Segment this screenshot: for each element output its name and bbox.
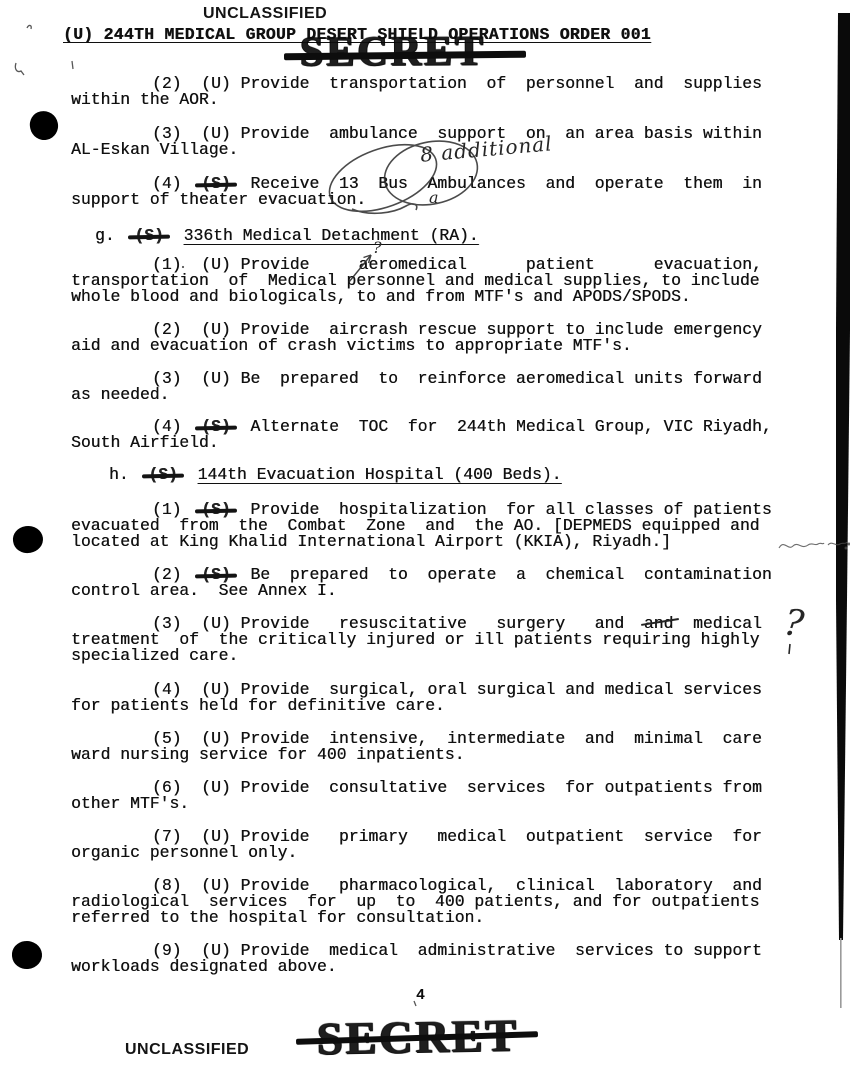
para-g2-aircrash-rescue: (2) (U) Provide aircrash rescue support … bbox=[71, 322, 771, 354]
typed-text: AL-Eskan Village. bbox=[71, 140, 238, 159]
heading-h-144th-evacuation-hospital: h. (S) 144th Evacuation Hospital (400 Be… bbox=[71, 467, 771, 483]
typed-text: Alternate TOC for 244th Medical Group, V… bbox=[231, 417, 772, 436]
typed-text: (6) (U) Provide consultative services fo… bbox=[152, 778, 762, 797]
page-number: 4 bbox=[416, 987, 425, 1004]
text-line: within the AOR. bbox=[71, 92, 771, 108]
margin-question-mark: ? bbox=[782, 602, 807, 645]
text-line: whole blood and biologicals, to and from… bbox=[71, 289, 771, 305]
typed-text: (3) (U) Be prepared to reinforce aeromed… bbox=[152, 369, 762, 388]
para-2-transport: (2) (U) Provide transportation of person… bbox=[71, 76, 771, 108]
top-classification-label: UNCLASSIFIED bbox=[203, 5, 327, 23]
struck-classification-marker: (S) bbox=[201, 565, 231, 584]
para-h6-consultative: (6) (U) Provide consultative services fo… bbox=[71, 780, 771, 812]
bottom-classification-label: UNCLASSIFIED bbox=[125, 1041, 249, 1059]
para-h1-hospitalization: (1) (S) Provide hospitalization for all … bbox=[71, 502, 771, 551]
struck-classification-marker: (S) bbox=[148, 465, 178, 484]
text-line: support of theater evacuation. bbox=[71, 192, 771, 208]
margin-question-mark-tick bbox=[789, 644, 790, 654]
typed-text: South Airfield. bbox=[71, 433, 219, 452]
typed-text: specialized care. bbox=[71, 646, 238, 665]
scan-edge-black-bar bbox=[836, 13, 850, 1008]
para-h7-primary-outpatient: (7) (U) Provide primary medical outpatie… bbox=[71, 829, 771, 861]
para-h4-surgical-services: (4) (U) Provide surgical, oral surgical … bbox=[71, 682, 771, 714]
para-h8-pharmacological: (8) (U) Provide pharmacological, clinica… bbox=[71, 878, 771, 927]
text-line: aid and evacuation of crash victims to a… bbox=[71, 338, 771, 354]
typed-text: (2) (U) Provide transportation of person… bbox=[152, 74, 762, 93]
text-line: control area. See Annex I. bbox=[71, 583, 771, 599]
text-line: for patients held for definitive care. bbox=[71, 698, 771, 714]
para-h9-administrative: (9) (U) Provide medical administrative s… bbox=[71, 943, 771, 975]
struck-classification-marker: (S) bbox=[201, 174, 231, 193]
para-4-bus-ambulances: (4) (S) Receive 13 Bus Ambulances and op… bbox=[71, 176, 771, 208]
para-g1-aeromedical-evacuation: (1) (U) Provide aeromedical patient evac… bbox=[71, 257, 771, 306]
hole-punch-dot bbox=[11, 524, 44, 555]
underlined-heading-text: 336th Medical Detachment (RA). bbox=[184, 226, 479, 245]
illegible-cursive-note bbox=[779, 542, 850, 549]
typed-text: whole blood and biologicals, to and from… bbox=[71, 287, 691, 306]
para-h2-chemical-contamination: (2) (S) Be prepared to operate a chemica… bbox=[71, 567, 771, 599]
scanned-document-page: UNCLASSIFIED (U) 244TH MEDICAL GROUP DES… bbox=[0, 0, 850, 1079]
para-g4-alternate-toc: (4) (S) Alternate TOC for 244th Medical … bbox=[71, 419, 771, 451]
para-h3-resuscitative-surgery: (3) (U) Provide resuscitative surgery an… bbox=[71, 616, 771, 665]
text-line: as needed. bbox=[71, 387, 771, 403]
text-line: organic personnel only. bbox=[71, 845, 771, 861]
typed-text: ward nursing service for 400 inpatients. bbox=[71, 745, 464, 764]
underlined-heading-text: 144th Evacuation Hospital (400 Beds). bbox=[198, 465, 562, 484]
typed-text: within the AOR. bbox=[71, 90, 219, 109]
typed-text: organic personnel only. bbox=[71, 843, 297, 862]
typed-text: referred to the hospital for consultatio… bbox=[71, 908, 484, 927]
handwritten-letter-a: a bbox=[429, 188, 439, 207]
text-line: located at King Khalid International Air… bbox=[71, 534, 771, 550]
handwritten-struck-word: and bbox=[644, 614, 674, 633]
text-line: specialized care. bbox=[71, 648, 771, 664]
typed-text: control area. See Annex I. bbox=[71, 581, 337, 600]
typed-text: support of theater evacuation. bbox=[71, 190, 366, 209]
para-g3-reinforce: (3) (U) Be prepared to reinforce aeromed… bbox=[71, 371, 771, 403]
typed-text: as needed. bbox=[71, 385, 169, 404]
text-line: ward nursing service for 400 inpatients. bbox=[71, 747, 771, 763]
typed-text: workloads designated above. bbox=[71, 957, 337, 976]
text-line: other MTF's. bbox=[71, 796, 771, 812]
typed-text: aid and evacuation of crash victims to a… bbox=[71, 336, 632, 355]
typed-text: other MTF's. bbox=[71, 794, 189, 813]
text-line: workloads designated above. bbox=[71, 959, 771, 975]
heading-g-336th-medical-detachment: g. (S) 336th Medical Detachment (RA). bbox=[71, 228, 771, 244]
hole-punch-dot bbox=[27, 108, 60, 142]
struck-classification-marker: (S) bbox=[134, 226, 164, 245]
stamp-strikethrough-top bbox=[284, 51, 526, 61]
struck-classification-marker: (S) bbox=[201, 500, 231, 519]
para-h5-ward-nursing: (5) (U) Provide intensive, intermediate … bbox=[71, 731, 771, 763]
struck-classification-marker: (S) bbox=[201, 417, 231, 436]
typed-text: for patients held for definitive care. bbox=[71, 696, 445, 715]
text-line: referred to the hospital for consultatio… bbox=[71, 910, 771, 926]
text-line: (3) (U) Be prepared to reinforce aeromed… bbox=[71, 371, 771, 387]
typed-text: located at King Khalid International Air… bbox=[71, 532, 671, 551]
hole-punch-dot bbox=[11, 940, 44, 971]
text-line: h. (S) 144th Evacuation Hospital (400 Be… bbox=[71, 467, 771, 483]
text-line: South Airfield. bbox=[71, 435, 771, 451]
text-line: g. (S) 336th Medical Detachment (RA). bbox=[71, 228, 771, 244]
